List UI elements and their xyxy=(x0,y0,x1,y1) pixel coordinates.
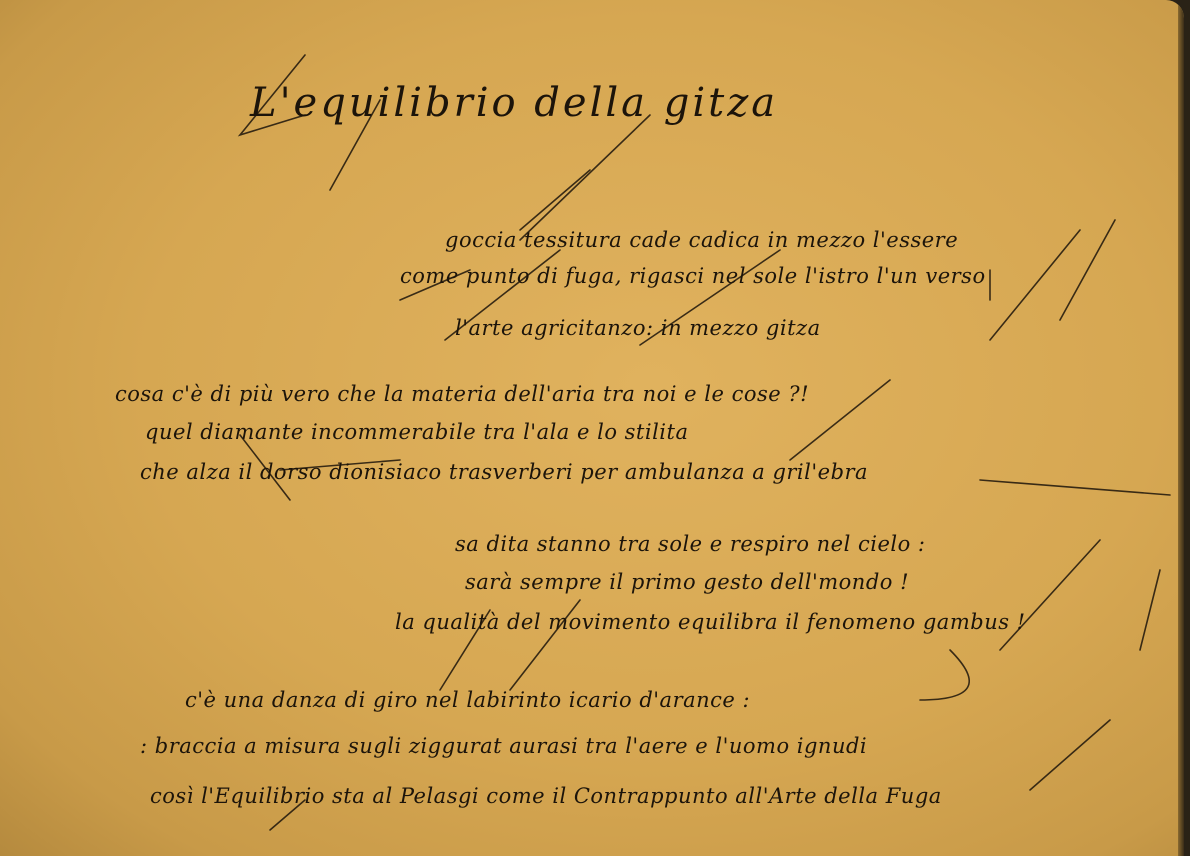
stanza-4-line-1: c'è una danza di giro nel labirinto icar… xyxy=(185,688,750,712)
stanza-2-line-2: quel diamante incommerabile tra l'ala e … xyxy=(145,420,688,444)
stanza-4-line-2: : braccia a misura sugli ziggurat aurasi… xyxy=(140,734,867,758)
page-edge-shadow xyxy=(1178,0,1184,856)
stanza-4-line-3: così l'Equilibrio sta al Pelasgi come il… xyxy=(150,784,942,808)
manuscript-page: L'equilibrio della gitza goccia tessitur… xyxy=(0,0,1184,856)
stanza-3-line-3: la qualità del movimento equilibra il fe… xyxy=(395,610,1026,634)
stanza-1-line-2: come punto di fuga, rigasci nel sole l'i… xyxy=(400,264,986,288)
stanza-3-line-2: sarà sempre il primo gesto dell'mondo ! xyxy=(465,570,909,594)
stanza-2-line-3: che alza il dorso dionisiaco trasverberi… xyxy=(140,460,868,484)
stanza-2-line-1: cosa c'è di più vero che la materia dell… xyxy=(115,382,809,406)
manuscript-title: L'equilibrio della gitza xyxy=(250,80,778,126)
stanza-1-line-1: goccia tessitura cade cadica in mezzo l'… xyxy=(445,228,958,252)
stanza-1-line-3: l'arte agricitanzo: in mezzo gitza xyxy=(455,316,821,340)
stanza-3-line-1: sa dita stanno tra sole e respiro nel ci… xyxy=(455,532,926,556)
